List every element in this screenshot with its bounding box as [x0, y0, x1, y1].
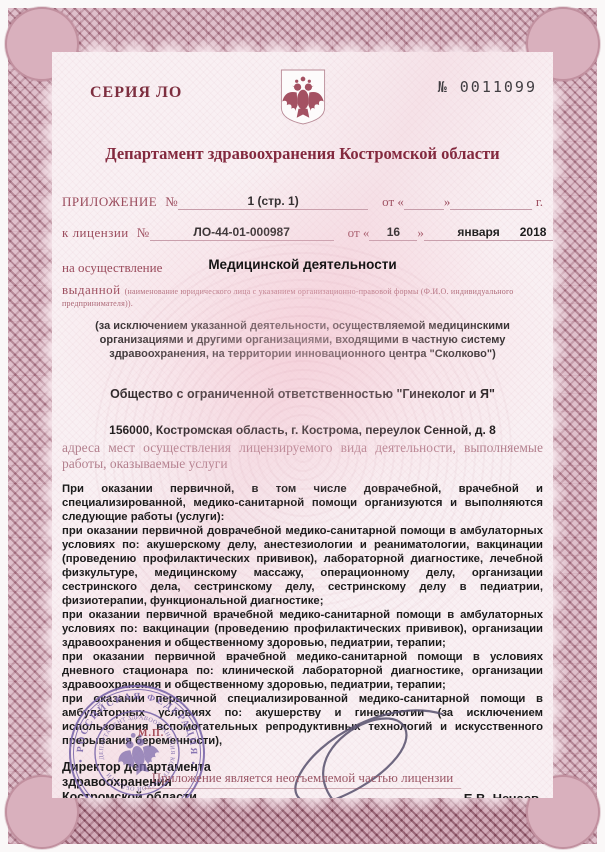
license-label: к лицензии [62, 225, 129, 241]
year-suffix: г. [536, 194, 543, 210]
issued-note-row: выданной (наименование юридического лица… [62, 285, 543, 309]
signer-name: Е.В. Нечаев [452, 791, 551, 798]
authority-title: Департамент здравоохранения Костромской … [58, 144, 547, 164]
date-close: » [444, 194, 451, 210]
border-band-top [8, 8, 597, 52]
appendix-number-row: ПРИЛОЖЕНИЕ № 1 (стр. 1) от « » г. [62, 194, 543, 210]
body-paragraph: При оказании первичной, в том числе довр… [62, 482, 543, 524]
issued-fine-print: (наименование юридического лица с указан… [62, 287, 513, 308]
border-band-right [553, 8, 597, 844]
exception-note: (за исключением указанной деятельности, … [78, 319, 527, 361]
border-band-bottom [8, 798, 597, 844]
blank-day-line [404, 209, 444, 210]
header: СЕРИЯ ЛО № 0011099 [52, 64, 553, 140]
address-caption: адреса мест осуществления лицензируемого… [62, 440, 543, 472]
activity-intro-label: на осуществление [62, 260, 162, 276]
appendix-number-value: 1 (стр. 1) [178, 194, 368, 210]
body-paragraph: при оказании первичной врачебной медико-… [62, 608, 543, 650]
appendix-label: ПРИЛОЖЕНИЕ [62, 194, 157, 210]
license-year: 2018 [520, 225, 547, 239]
license-day-value: 16 [369, 225, 417, 241]
organization-address: 156000, Костромская область, г. Кострома… [62, 423, 543, 437]
serial-number: № 0011099 [438, 78, 537, 96]
license-month-year-value: января2018 [424, 225, 553, 241]
license-appendix-document: СЕРИЯ ЛО № 0011099 Департамент здравоохр… [0, 0, 605, 852]
organization-name: Общество с ограниченной ответственностью… [62, 387, 543, 401]
number-sign: № [137, 225, 150, 241]
date-prefix: от « [348, 225, 370, 241]
body-paragraph: при оказании первичной доврачебной медик… [62, 524, 543, 608]
signer-name-column: Е.В. Нечаев (ф.и.о. уполномоченного лица… [452, 791, 551, 798]
coat-of-arms-icon [276, 66, 330, 128]
border-band-left [8, 8, 52, 844]
seal-place-mark: М.П. [138, 728, 164, 739]
license-number-value: ЛО-44-01-000987 [150, 225, 334, 241]
date-prefix: от « [382, 194, 404, 210]
issued-label: выданной [62, 282, 121, 297]
license-number-row: к лицензии № ЛО-44-01-000987 от « 16 » я… [62, 225, 543, 241]
number-sign: № [165, 194, 178, 210]
series-label: СЕРИЯ ЛО [90, 84, 182, 102]
activity-row: на осуществление Медицинской деятельност… [52, 257, 553, 277]
blank-date-line [450, 209, 532, 210]
footer-note: Приложение является неотъемлемой частью … [144, 770, 462, 789]
license-month: января [457, 225, 499, 239]
certificate-sheet: СЕРИЯ ЛО № 0011099 Департамент здравоохр… [52, 52, 553, 798]
